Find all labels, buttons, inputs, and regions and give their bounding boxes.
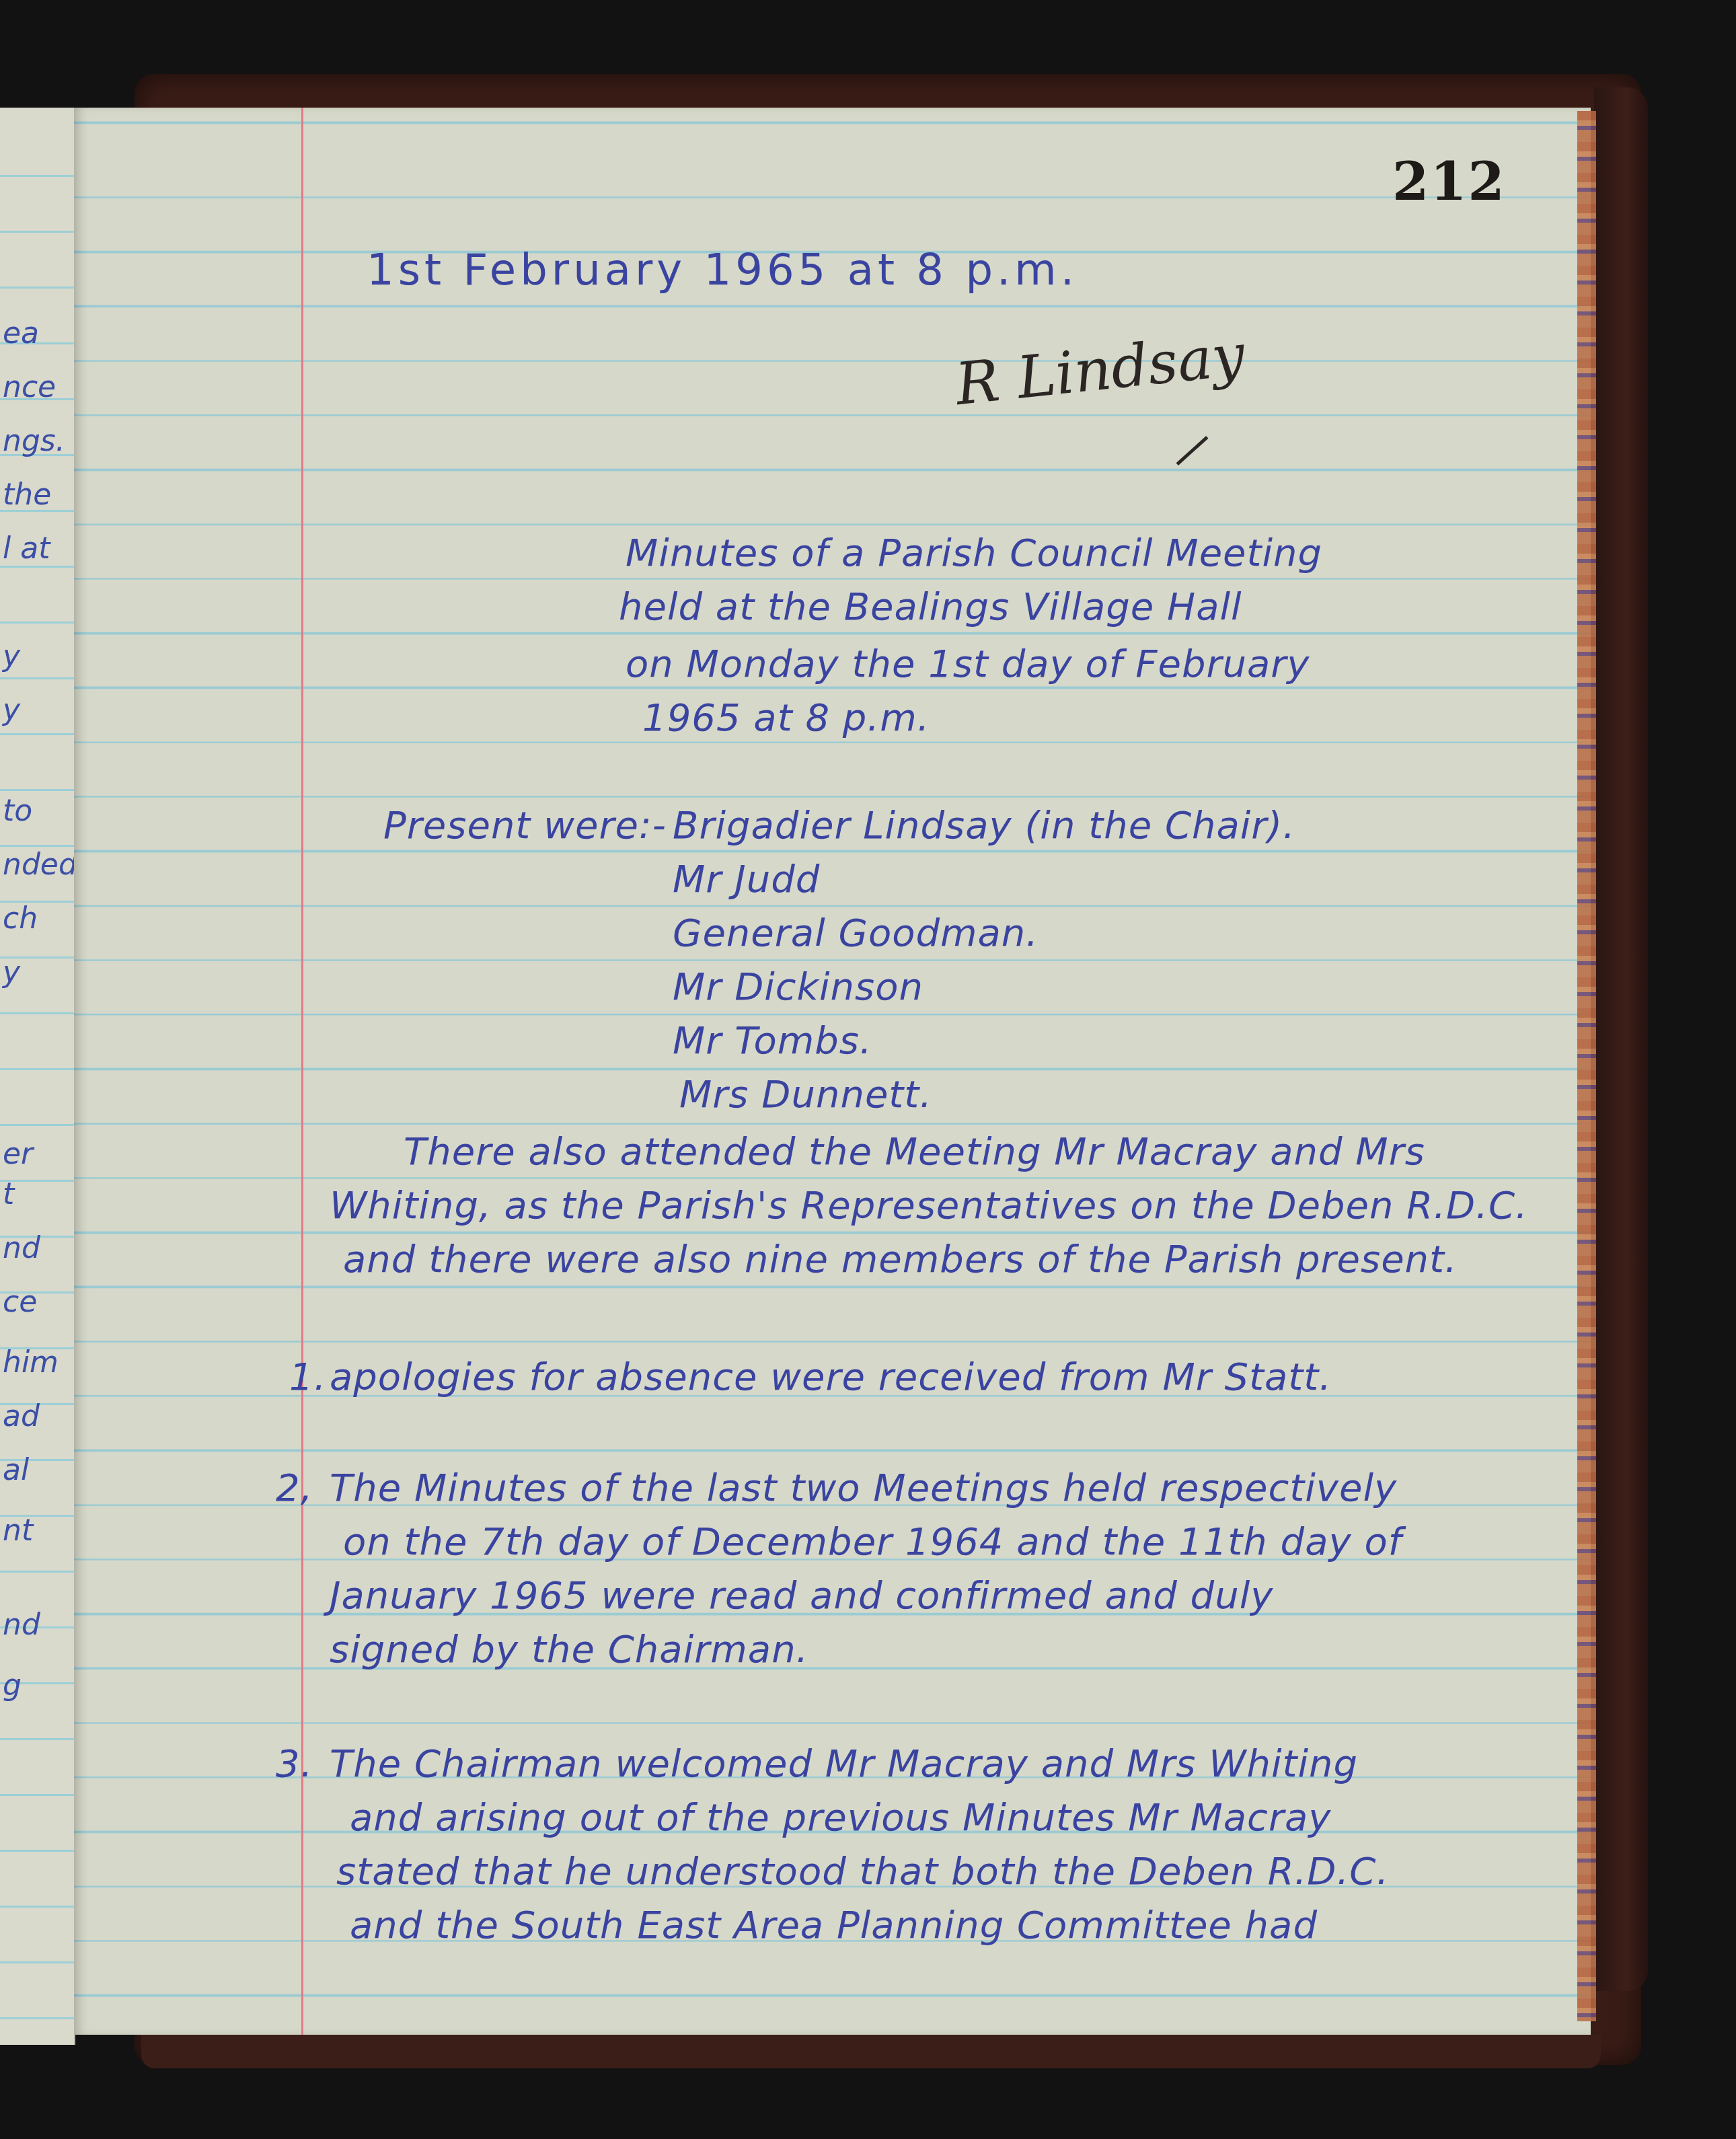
- page-edges: [1577, 111, 1596, 2021]
- left-fragment: y: [3, 955, 20, 989]
- left-fragment: ad: [3, 1399, 40, 1433]
- item-line: stated that he understood that both the …: [336, 1850, 1389, 1893]
- left-fragment: ngs.: [3, 424, 65, 458]
- left-fragment: ch: [3, 901, 38, 936]
- left-fragment: nd: [3, 1231, 40, 1265]
- date-heading: 1st February 1965 at 8 p.m.: [367, 246, 1078, 295]
- present-member: Mr Tombs.: [673, 1019, 872, 1063]
- present-member: General Goodman.: [673, 911, 1039, 955]
- item-line: The Chairman welcomed Mr Macray and Mrs …: [330, 1742, 1358, 1786]
- book-cover-edge: [1594, 87, 1648, 1991]
- item-line: The Minutes of the last two Meetings hel…: [330, 1466, 1397, 1510]
- attendance-line: There also attended the Meeting Mr Macra…: [404, 1130, 1425, 1174]
- item-line: on the 7th day of December 1964 and the …: [343, 1520, 1402, 1564]
- left-fragment: t: [3, 1177, 14, 1211]
- left-fragment: him: [3, 1345, 59, 1380]
- attendance-line: and there were also nine members of the …: [343, 1238, 1458, 1281]
- present-member: Brigadier Lindsay (in the Chair).: [673, 804, 1295, 848]
- left-page: ea nce ngs. the l at y y to nded ch y er…: [0, 108, 75, 2045]
- present-label: Present were:-: [383, 804, 667, 848]
- left-fragment: er: [3, 1137, 33, 1171]
- book-cover-bottom: [141, 2035, 1601, 2068]
- item-line: and arising out of the previous Minutes …: [350, 1796, 1331, 1840]
- attendance-line: Whiting, as the Parish's Representatives…: [330, 1184, 1528, 1228]
- left-fragment: nce: [3, 370, 56, 404]
- left-fragment: nded: [3, 848, 77, 882]
- left-fragment: g: [3, 1668, 22, 1702]
- present-member: Mr Judd: [673, 858, 820, 901]
- item-line: signed by the Chairman.: [330, 1628, 808, 1672]
- left-fragment: nt: [3, 1513, 33, 1548]
- item-number: 3.: [276, 1742, 313, 1786]
- page-number: 212: [1392, 151, 1506, 213]
- left-fragment: the: [3, 478, 51, 512]
- heading-line: 1965 at 8 p.m.: [642, 696, 930, 740]
- item-line: January 1965 were read and confirmed and…: [330, 1574, 1273, 1618]
- left-fragment: l at: [3, 531, 50, 566]
- left-fragment: ea: [3, 316, 39, 350]
- left-fragment: to: [3, 794, 32, 828]
- heading-line: held at the Bealings Village Hall: [619, 585, 1242, 629]
- left-fragment: al: [3, 1453, 29, 1487]
- present-member: Mrs Dunnett.: [679, 1073, 932, 1117]
- item-line: and the South East Area Planning Committ…: [350, 1904, 1318, 1947]
- item-line: apologies for absence were received from…: [330, 1355, 1332, 1399]
- item-number: 1.: [289, 1355, 326, 1399]
- left-fragment: nd: [3, 1608, 40, 1642]
- heading-line: on Monday the 1st day of February: [626, 642, 1310, 686]
- present-member: Mr Dickinson: [673, 965, 923, 1009]
- left-fragment: ce: [3, 1285, 37, 1319]
- item-number: 2,: [276, 1466, 313, 1510]
- left-fragment: y: [3, 639, 20, 673]
- heading-line: Minutes of a Parish Council Meeting: [626, 531, 1322, 575]
- left-fragment: y: [3, 693, 20, 727]
